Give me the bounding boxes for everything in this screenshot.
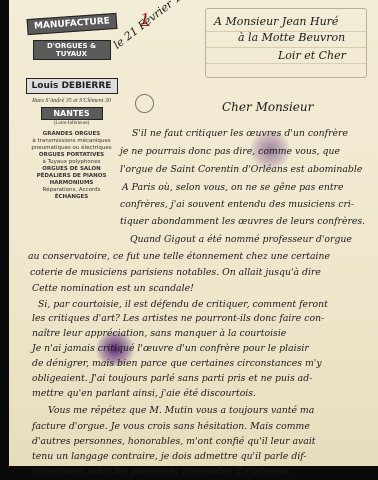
letterhead-address: Rues S'André 35 et S'Clément 30: [19, 98, 124, 104]
body-line: d'autres personnes, honorables, m'ont co…: [32, 436, 316, 447]
product-item: à transmissions mécaniques: [19, 138, 124, 145]
product-item: HARMONIUMS: [19, 180, 124, 187]
body-line: les critiques d'art? Les artistes ne pou…: [32, 313, 324, 324]
product-item: PÉDALIERS DE PIANOS: [19, 173, 124, 180]
body-line: coterie de musiciens parisiens notables.…: [30, 267, 321, 278]
letterhead-subtitle: D'ORGUES & TUYAUX: [33, 40, 111, 60]
letterhead-city: NANTES: [41, 107, 103, 120]
product-item: Réparations, Accords: [19, 187, 124, 194]
body-line: de dénigrer, mais bien parce que certain…: [32, 358, 322, 369]
letterhead: MANUFACTURE D'ORGUES & TUYAUX Louis DEBI…: [19, 8, 124, 201]
body-line: féremment selon les personnes auxquelles…: [32, 466, 291, 477]
embossed-stamp: [135, 94, 154, 113]
body-line: S'il ne faut critiquer les œuvres d'un c…: [132, 128, 348, 139]
product-item: ÉCHANGES: [19, 194, 124, 201]
body-line: facture d'orgue. Je vous crois sans hési…: [32, 421, 310, 432]
product-item: ORGUES DE SALON: [19, 166, 124, 173]
letterhead-title: MANUFACTURE: [26, 13, 117, 35]
recipient-line-2: à la Motte Beuvron: [238, 31, 345, 44]
letterhead-products: GRANDES ORGUES à transmissions mécanique…: [19, 131, 124, 201]
body-line: Quand Gigout a été nommé professeur d'or…: [130, 234, 352, 245]
body-line: obligeaient. J'ai toujours parlé sans pa…: [32, 373, 312, 384]
product-item: GRANDES ORGUES: [19, 131, 124, 138]
body-line: Vous me répétez que M. Mutin vous a touj…: [48, 405, 314, 416]
recipient-line-1: A Monsieur Jean Huré: [214, 15, 338, 28]
body-line: Je n'ai jamais critiqué l'œuvre d'un con…: [32, 343, 309, 354]
body-line: l'orgue de Saint Corentin d'Orléans est …: [120, 164, 362, 175]
body-line: au conservatoire, ce fut une telle étonn…: [28, 251, 330, 262]
recipient-address-box: A Monsieur Jean Huré à la Motte Beuvron …: [205, 8, 367, 78]
body-line: Cette nomination est un scandale!: [32, 283, 194, 294]
body-line: mettre qu'en parlant ainsi, j'aie été di…: [32, 388, 256, 399]
salutation: Cher Monsieur: [222, 100, 313, 114]
product-item: à Tuyaux polyphones: [19, 159, 124, 166]
product-item: pneumatiques ou électriques: [19, 145, 124, 152]
body-line: naître leur appréciation, sans manquer à…: [32, 328, 286, 339]
body-line: Si, par courtoisie, il est défendu de cr…: [38, 299, 328, 310]
body-line: tiquer abondamment les œuvres de leurs c…: [120, 216, 365, 227]
body-line: tenu un langage contraire, je dois admet…: [32, 451, 307, 462]
letterhead-region: (Loire-Inférieure): [19, 121, 124, 126]
body-line: confrères, j'ai souvent entendu des musi…: [120, 199, 354, 210]
letterhead-name: Louis DEBIERRE: [26, 78, 118, 94]
recipient-line-3: Loir et Cher: [278, 49, 346, 62]
body-line: je ne pourrais donc pas dire, comme vous…: [120, 146, 340, 157]
product-item: ORGUES PORTATIVES: [19, 152, 124, 159]
body-line: A Paris où, selon vous, on ne se gêne pa…: [122, 182, 344, 193]
